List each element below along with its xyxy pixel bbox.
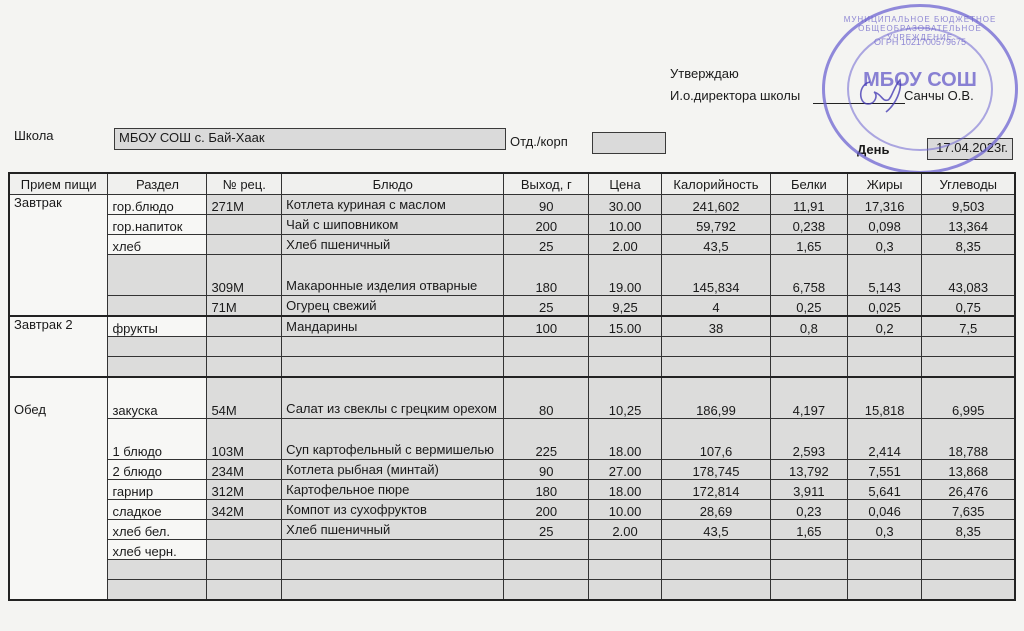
section-cell: хлеб бел. bbox=[108, 520, 207, 540]
kcal-cell bbox=[661, 580, 770, 601]
table-row: гор.напитокЧай с шиповником20010.0059,79… bbox=[9, 215, 1015, 235]
meal-cell: Завтрак 2 bbox=[9, 316, 108, 377]
kcal-cell: 28,69 bbox=[661, 500, 770, 520]
protein-cell bbox=[771, 540, 848, 560]
signature-icon bbox=[856, 74, 908, 114]
recipe-cell: 342М bbox=[207, 500, 282, 520]
price-cell: 2.00 bbox=[589, 235, 662, 255]
dish-cell: Чай с шиповником bbox=[282, 215, 504, 235]
price-cell bbox=[589, 540, 662, 560]
col-price: Цена bbox=[589, 173, 662, 195]
protein-cell: 6,758 bbox=[771, 255, 848, 296]
meal-cell: Обед bbox=[9, 377, 108, 600]
recipe-cell bbox=[207, 235, 282, 255]
protein-cell bbox=[771, 560, 848, 580]
fat-cell: 15,818 bbox=[847, 377, 922, 419]
day-field: 17.04.2023г. bbox=[927, 138, 1013, 160]
dish-cell: Мандарины bbox=[282, 316, 504, 337]
table-row: 309ММакаронные изделия отварные18019.001… bbox=[9, 255, 1015, 296]
dish-cell: Хлеб пшеничный bbox=[282, 235, 504, 255]
weight-cell bbox=[504, 540, 589, 560]
fat-cell: 5,641 bbox=[847, 480, 922, 500]
carbs-cell: 13,364 bbox=[922, 215, 1015, 235]
col-meal: Прием пищи bbox=[9, 173, 108, 195]
recipe-cell: 309М bbox=[207, 255, 282, 296]
section-cell: фрукты bbox=[108, 316, 207, 337]
recipe-cell: 54М bbox=[207, 377, 282, 419]
table-row bbox=[9, 560, 1015, 580]
section-cell: гор.блюдо bbox=[108, 195, 207, 215]
carbs-cell bbox=[922, 337, 1015, 357]
price-cell: 18.00 bbox=[589, 480, 662, 500]
recipe-cell bbox=[207, 357, 282, 378]
section-cell bbox=[108, 255, 207, 296]
kcal-cell: 186,99 bbox=[661, 377, 770, 419]
weight-cell: 225 bbox=[504, 419, 589, 460]
table-row: Завтрак 2фруктыМандарины10015.00380,80,2… bbox=[9, 316, 1015, 337]
weight-cell: 180 bbox=[504, 480, 589, 500]
section-cell: закуска bbox=[108, 377, 207, 419]
day-label: День bbox=[857, 142, 890, 157]
recipe-cell bbox=[207, 520, 282, 540]
fat-cell: 0,3 bbox=[847, 235, 922, 255]
col-carbs: Углеводы bbox=[922, 173, 1015, 195]
section-cell: хлеб черн. bbox=[108, 540, 207, 560]
table-row bbox=[9, 580, 1015, 601]
dish-cell: Хлеб пшеничный bbox=[282, 520, 504, 540]
dish-cell bbox=[282, 580, 504, 601]
price-cell: 10.00 bbox=[589, 500, 662, 520]
carbs-cell: 8,35 bbox=[922, 520, 1015, 540]
price-cell: 10,25 bbox=[589, 377, 662, 419]
table-row: 1 блюдо103МСуп картофельный с вермишелью… bbox=[9, 419, 1015, 460]
fat-cell: 17,316 bbox=[847, 195, 922, 215]
price-cell: 15.00 bbox=[589, 316, 662, 337]
recipe-cell: 271М bbox=[207, 195, 282, 215]
recipe-cell: 312М bbox=[207, 480, 282, 500]
school-field: МБОУ СОШ с. Бай-Хаак bbox=[114, 128, 506, 150]
price-cell bbox=[589, 357, 662, 378]
carbs-cell bbox=[922, 540, 1015, 560]
price-cell: 10.00 bbox=[589, 215, 662, 235]
carbs-cell: 18,788 bbox=[922, 419, 1015, 460]
fat-cell bbox=[847, 540, 922, 560]
signature-line bbox=[813, 103, 905, 104]
meal-cell: Завтрак bbox=[9, 195, 108, 317]
table-row: хлеб черн. bbox=[9, 540, 1015, 560]
protein-cell: 1,65 bbox=[771, 520, 848, 540]
fat-cell: 0,046 bbox=[847, 500, 922, 520]
recipe-cell bbox=[207, 540, 282, 560]
carbs-cell: 26,476 bbox=[922, 480, 1015, 500]
protein-cell: 0,25 bbox=[771, 296, 848, 317]
table-row: сладкое342МКомпот из сухофруктов20010.00… bbox=[9, 500, 1015, 520]
protein-cell: 1,65 bbox=[771, 235, 848, 255]
dish-cell: Макаронные изделия отварные bbox=[282, 255, 504, 296]
protein-cell bbox=[771, 580, 848, 601]
col-weight: Выход, г bbox=[504, 173, 589, 195]
protein-cell: 0,238 bbox=[771, 215, 848, 235]
school-label: Школа bbox=[14, 128, 54, 143]
kcal-cell: 43,5 bbox=[661, 235, 770, 255]
dept-field bbox=[592, 132, 666, 154]
fat-cell: 5,143 bbox=[847, 255, 922, 296]
table-row: Обедзакуска54МСалат из свеклы с грецким … bbox=[9, 377, 1015, 419]
section-cell: сладкое bbox=[108, 500, 207, 520]
price-cell: 27.00 bbox=[589, 460, 662, 480]
fat-cell bbox=[847, 337, 922, 357]
fat-cell bbox=[847, 580, 922, 601]
fat-cell: 0,3 bbox=[847, 520, 922, 540]
carbs-cell: 6,995 bbox=[922, 377, 1015, 419]
col-kcal: Калорийность bbox=[661, 173, 770, 195]
table-row: 2 блюдо234МКотлета рыбная (минтай)9027.0… bbox=[9, 460, 1015, 480]
section-cell: 2 блюдо bbox=[108, 460, 207, 480]
kcal-cell: 59,792 bbox=[661, 215, 770, 235]
kcal-cell: 43,5 bbox=[661, 520, 770, 540]
price-cell bbox=[589, 580, 662, 601]
weight-cell: 180 bbox=[504, 255, 589, 296]
kcal-cell bbox=[661, 337, 770, 357]
section-cell: хлеб bbox=[108, 235, 207, 255]
stamp-ogrn: ОГРН 1021700579675 bbox=[825, 37, 1015, 47]
kcal-cell: 178,745 bbox=[661, 460, 770, 480]
weight-cell bbox=[504, 357, 589, 378]
weight-cell: 25 bbox=[504, 520, 589, 540]
protein-cell: 11,91 bbox=[771, 195, 848, 215]
carbs-cell bbox=[922, 580, 1015, 601]
table-row: хлеб бел.Хлеб пшеничный252.0043,51,650,3… bbox=[9, 520, 1015, 540]
approve-label: Утверждаю bbox=[670, 66, 739, 81]
weight-cell: 25 bbox=[504, 235, 589, 255]
dish-cell: Котлета куриная с маслом bbox=[282, 195, 504, 215]
protein-cell: 3,911 bbox=[771, 480, 848, 500]
section-cell: гор.напиток bbox=[108, 215, 207, 235]
table-row: гарнир312МКартофельное пюре18018.00172,8… bbox=[9, 480, 1015, 500]
recipe-cell bbox=[207, 316, 282, 337]
protein-cell bbox=[771, 337, 848, 357]
protein-cell: 4,197 bbox=[771, 377, 848, 419]
dish-cell bbox=[282, 337, 504, 357]
section-cell: 1 блюдо bbox=[108, 419, 207, 460]
carbs-cell: 0,75 bbox=[922, 296, 1015, 317]
price-cell: 18.00 bbox=[589, 419, 662, 460]
director-name: Санчы О.В. bbox=[904, 88, 974, 103]
carbs-cell bbox=[922, 357, 1015, 378]
dish-cell: Огурец свежий bbox=[282, 296, 504, 317]
menu-table: Прием пищи Раздел № рец. Блюдо Выход, г … bbox=[8, 172, 1016, 601]
dept-label: Отд./корп bbox=[510, 134, 568, 149]
carbs-cell: 43,083 bbox=[922, 255, 1015, 296]
dish-cell: Салат из свеклы с грецким орехом bbox=[282, 377, 504, 419]
dish-cell: Котлета рыбная (минтай) bbox=[282, 460, 504, 480]
section-cell bbox=[108, 357, 207, 378]
col-recipe: № рец. bbox=[207, 173, 282, 195]
protein-cell: 0,8 bbox=[771, 316, 848, 337]
section-cell bbox=[108, 580, 207, 601]
recipe-cell bbox=[207, 337, 282, 357]
fat-cell: 7,551 bbox=[847, 460, 922, 480]
weight-cell: 90 bbox=[504, 195, 589, 215]
dish-cell bbox=[282, 540, 504, 560]
price-cell: 30.00 bbox=[589, 195, 662, 215]
price-cell bbox=[589, 337, 662, 357]
kcal-cell: 4 bbox=[661, 296, 770, 317]
table-row bbox=[9, 357, 1015, 378]
kcal-cell: 172,814 bbox=[661, 480, 770, 500]
section-cell bbox=[108, 296, 207, 317]
dish-cell bbox=[282, 357, 504, 378]
dish-cell: Компот из сухофруктов bbox=[282, 500, 504, 520]
fat-cell: 0,098 bbox=[847, 215, 922, 235]
carbs-cell bbox=[922, 560, 1015, 580]
fat-cell bbox=[847, 560, 922, 580]
weight-cell: 100 bbox=[504, 316, 589, 337]
carbs-cell: 9,503 bbox=[922, 195, 1015, 215]
carbs-cell: 13,868 bbox=[922, 460, 1015, 480]
carbs-cell: 7,635 bbox=[922, 500, 1015, 520]
col-protein: Белки bbox=[771, 173, 848, 195]
dish-cell: Картофельное пюре bbox=[282, 480, 504, 500]
section-cell: гарнир bbox=[108, 480, 207, 500]
kcal-cell: 38 bbox=[661, 316, 770, 337]
weight-cell: 200 bbox=[504, 215, 589, 235]
weight-cell: 25 bbox=[504, 296, 589, 317]
table-row: Завтракгор.блюдо271МКотлета куриная с ма… bbox=[9, 195, 1015, 215]
kcal-cell bbox=[661, 560, 770, 580]
table-row: хлебХлеб пшеничный252.0043,51,650,38,35 bbox=[9, 235, 1015, 255]
weight-cell: 90 bbox=[504, 460, 589, 480]
price-cell bbox=[589, 560, 662, 580]
col-dish: Блюдо bbox=[282, 173, 504, 195]
protein-cell: 0,23 bbox=[771, 500, 848, 520]
fat-cell: 0,025 bbox=[847, 296, 922, 317]
stamp-ring-text: МУНИЦИПАЛЬНОЕ БЮДЖЕТНОЕ ОБЩЕОБРАЗОВАТЕЛЬ… bbox=[825, 15, 1015, 42]
table-row: 71МОгурец свежий259,2540,250,0250,75 bbox=[9, 296, 1015, 317]
protein-cell: 13,792 bbox=[771, 460, 848, 480]
col-section: Раздел bbox=[108, 173, 207, 195]
recipe-cell: 234М bbox=[207, 460, 282, 480]
recipe-cell: 103М bbox=[207, 419, 282, 460]
weight-cell: 200 bbox=[504, 500, 589, 520]
price-cell: 2.00 bbox=[589, 520, 662, 540]
dish-cell: Суп картофельный с вермишелью bbox=[282, 419, 504, 460]
kcal-cell: 241,602 bbox=[661, 195, 770, 215]
fat-cell: 2,414 bbox=[847, 419, 922, 460]
carbs-cell: 7,5 bbox=[922, 316, 1015, 337]
director-label: И.о.директора школы bbox=[670, 88, 800, 103]
dish-cell bbox=[282, 560, 504, 580]
fat-cell bbox=[847, 357, 922, 378]
table-header-row: Прием пищи Раздел № рец. Блюдо Выход, г … bbox=[9, 173, 1015, 195]
kcal-cell bbox=[661, 357, 770, 378]
fat-cell: 0,2 bbox=[847, 316, 922, 337]
section-cell bbox=[108, 337, 207, 357]
recipe-cell: 71М bbox=[207, 296, 282, 317]
kcal-cell: 145,834 bbox=[661, 255, 770, 296]
weight-cell bbox=[504, 580, 589, 601]
recipe-cell bbox=[207, 215, 282, 235]
table-row bbox=[9, 337, 1015, 357]
price-cell: 19.00 bbox=[589, 255, 662, 296]
recipe-cell bbox=[207, 580, 282, 601]
carbs-cell: 8,35 bbox=[922, 235, 1015, 255]
weight-cell: 80 bbox=[504, 377, 589, 419]
kcal-cell bbox=[661, 540, 770, 560]
weight-cell bbox=[504, 560, 589, 580]
protein-cell: 2,593 bbox=[771, 419, 848, 460]
col-fat: Жиры bbox=[847, 173, 922, 195]
recipe-cell bbox=[207, 560, 282, 580]
weight-cell bbox=[504, 337, 589, 357]
price-cell: 9,25 bbox=[589, 296, 662, 317]
protein-cell bbox=[771, 357, 848, 378]
menu-table-body: Завтракгор.блюдо271МКотлета куриная с ма… bbox=[9, 195, 1015, 601]
section-cell bbox=[108, 560, 207, 580]
kcal-cell: 107,6 bbox=[661, 419, 770, 460]
